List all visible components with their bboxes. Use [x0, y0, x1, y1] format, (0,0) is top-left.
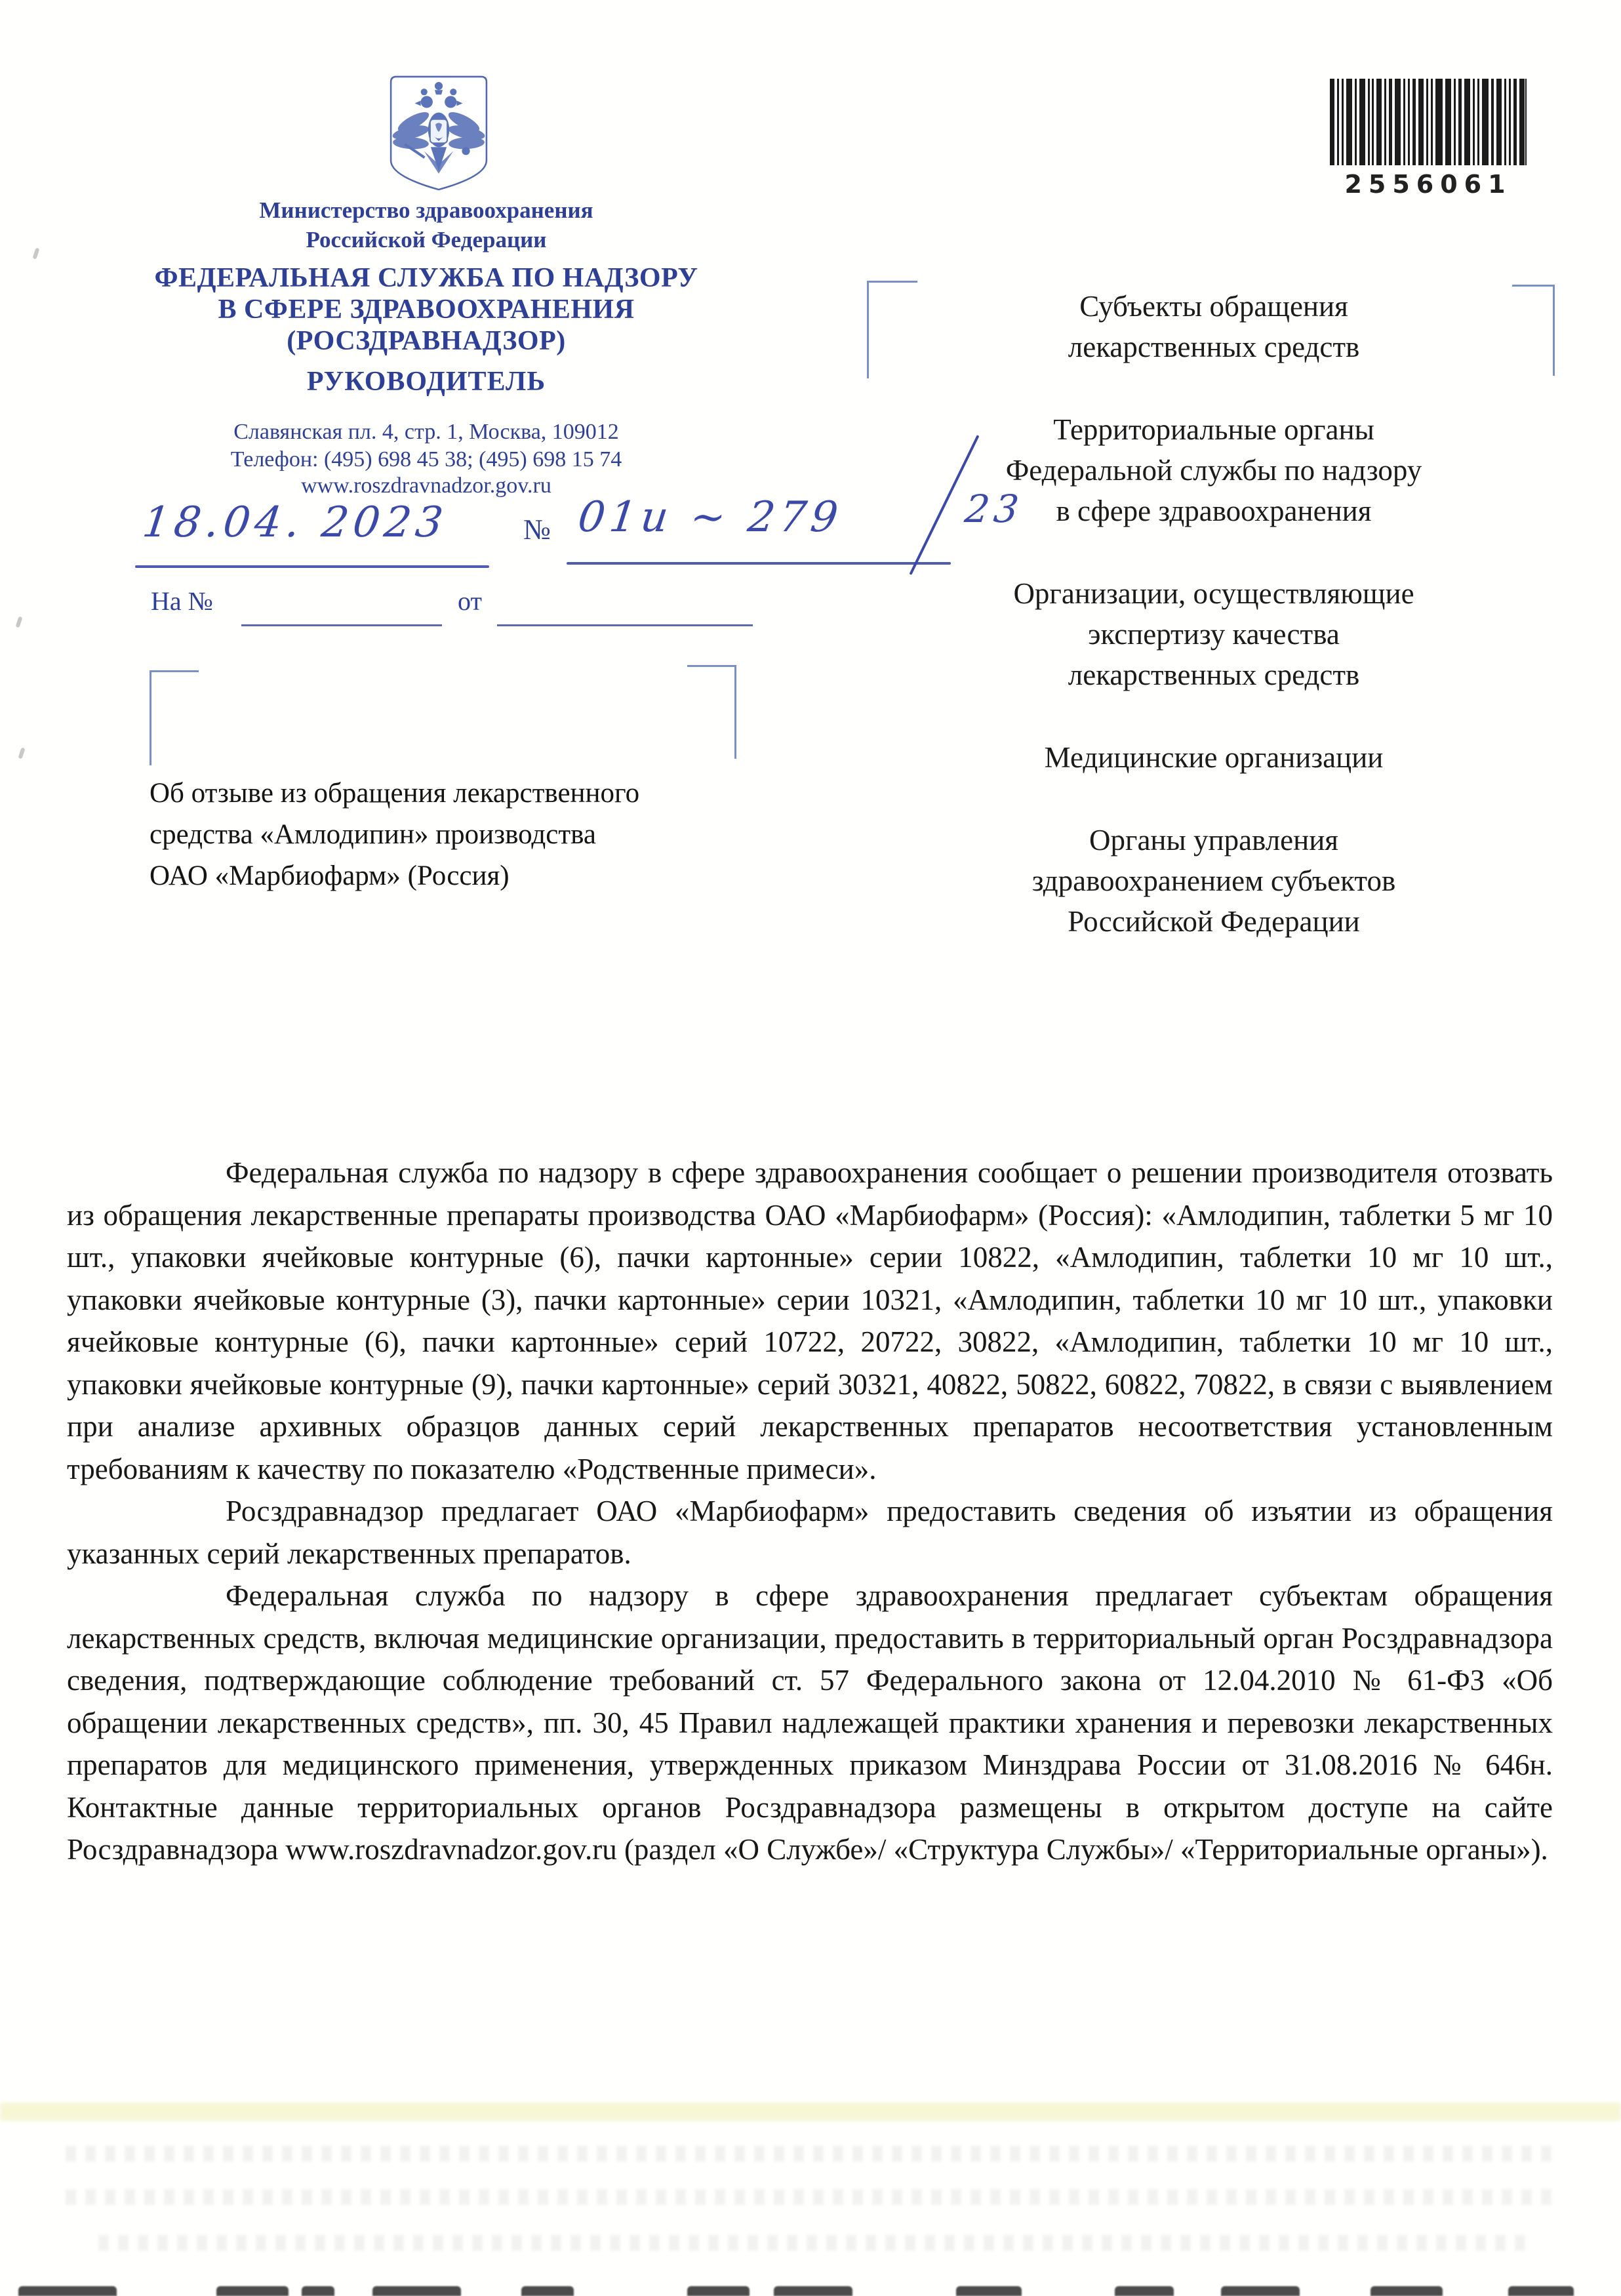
recipients-block: Субъекты обращения лекарственных средств… [864, 286, 1563, 984]
bottom-edge-mark [956, 2286, 1022, 2296]
bottom-edge-mark [1115, 2286, 1174, 2296]
scan-speck [16, 616, 23, 628]
reply-number-blank [241, 624, 442, 626]
scan-speck [18, 747, 26, 759]
agency-name: ФЕДЕРАЛЬНАЯ СЛУЖБА ПО НАДЗОРУ В СФЕРЕ ЗД… [118, 262, 734, 357]
body-paragraph: Федеральная служба по надзору в сфере зд… [67, 1152, 1553, 1490]
reply-date-label: от [458, 586, 482, 616]
bottom-edge-mark [302, 2286, 334, 2296]
bottom-edge-mark [1371, 2286, 1443, 2296]
bottom-edge-mark [18, 2286, 117, 2296]
recipient-group: Организации, осуществляющие экспертизу к… [864, 573, 1563, 695]
bottom-edge-mark [687, 2286, 750, 2296]
signer-position-title: РУКОВОДИТЕЛЬ [118, 366, 734, 397]
bottom-edge-mark [372, 2286, 461, 2296]
agency-address: Славянская пл. 4, стр. 1, Москва, 109012 [118, 420, 734, 445]
coat-of-arms-icon [386, 72, 492, 193]
reply-date-blank [497, 624, 753, 626]
recipient-group: Субъекты обращения лекарственных средств [864, 286, 1563, 367]
bottom-edge-mark [774, 2286, 852, 2296]
recipient-group: Территориальные органы Федеральной служб… [864, 409, 1563, 531]
barcode-icon [1330, 79, 1527, 165]
bleed-through-line [98, 2235, 1528, 2251]
body-paragraph: Федеральная служба по надзору в сфере зд… [67, 1575, 1553, 1871]
outgoing-number-handwritten: 01и ~ 279 [575, 493, 845, 542]
bottom-edge-mark [1221, 2286, 1300, 2296]
subject-text: Об отзыве из обращения лекарственного ср… [150, 773, 740, 896]
reply-number-label: На № [151, 586, 213, 616]
letter-body: Федеральная служба по надзору в сфере зд… [67, 1152, 1553, 1871]
recipient-group: Органы управления здравоохранением субъе… [864, 820, 1563, 942]
bottom-edge-mark [521, 2286, 574, 2296]
agency-phone: Телефон: (495) 698 45 38; (495) 698 15 7… [118, 447, 734, 472]
barcode-number: 2556061 [1329, 170, 1528, 199]
bleed-through-line [66, 2189, 1561, 2205]
outgoing-date-handwritten: 18.04. 2023 [140, 498, 450, 547]
highlighter-band [0, 2103, 1621, 2121]
scan-speck [33, 247, 40, 259]
bottom-edge-mark [1508, 2286, 1574, 2296]
bottom-edge-mark [216, 2286, 289, 2296]
corner-mark-subject-right [687, 665, 736, 759]
corner-mark-subject-left [150, 670, 199, 765]
barcode: 2556061 [1329, 79, 1528, 199]
bleed-through-line [66, 2146, 1561, 2162]
recipient-group: Медицинские организации [864, 737, 1563, 778]
date-underline [135, 565, 489, 568]
body-paragraph: Росздравнадзор предлагает ОАО «Марбиофар… [67, 1490, 1553, 1575]
number-sign: № [523, 513, 551, 546]
ministry-name: Министерство здравоохранения Российской … [118, 195, 734, 254]
letter-page: Министерство здравоохранения Российской … [0, 0, 1621, 2296]
